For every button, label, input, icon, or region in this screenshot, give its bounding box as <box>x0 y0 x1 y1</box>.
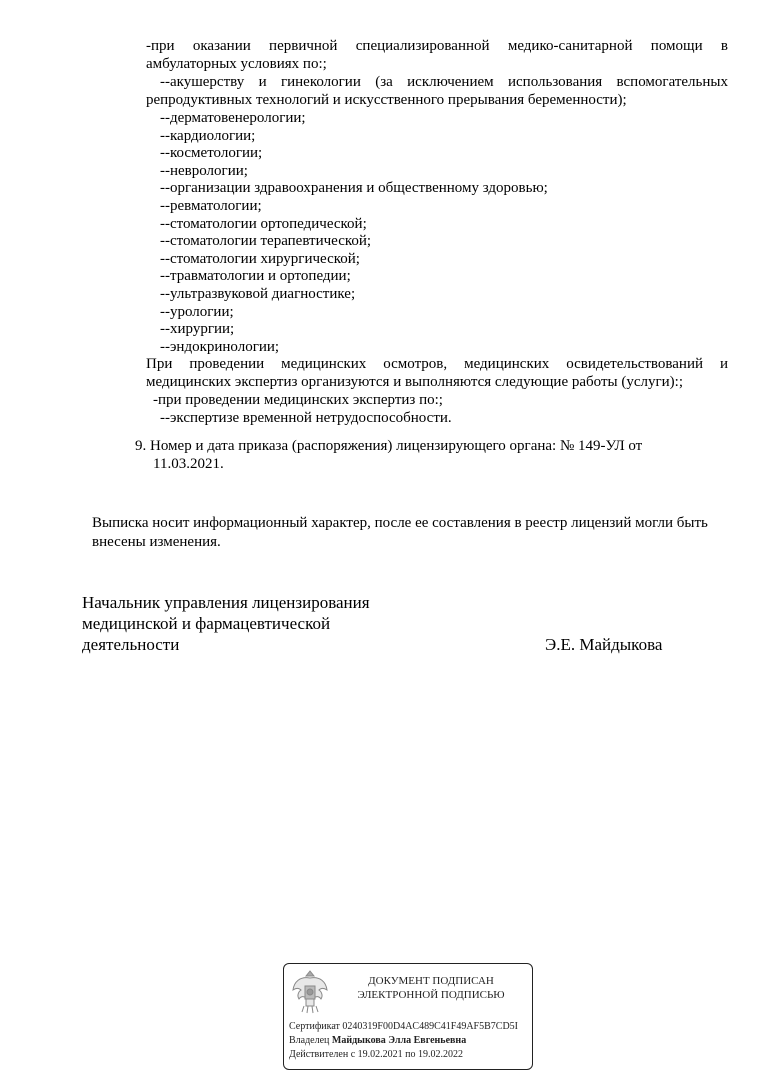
owner-value: Майдыкова Элла Евгеньевна <box>332 1035 466 1046</box>
signer-position-line-1: Начальник управления лицензирования <box>82 593 370 613</box>
signer-name: Э.Е. Майдыкова <box>545 635 662 655</box>
obstetrics-line-1: --акушерству и гинекологии (за исключени… <box>160 73 728 91</box>
electronic-signature-stamp: ДОКУМЕНТ ПОДПИСАН ЭЛЕКТРОННОЙ ПОДПИСЬЮ С… <box>283 963 533 1070</box>
specialty-item: --кардиологии; <box>160 127 255 145</box>
valid-to-label: по <box>405 1049 415 1060</box>
specialty-item: --дерматовенерологии; <box>160 109 306 127</box>
specialty-item: --организации здравоохранения и обществе… <box>160 179 548 197</box>
notice-line-1: Выписка носит информационный характер, п… <box>92 514 708 532</box>
specialty-item: --эндокринологии; <box>160 338 279 356</box>
specialty-item: --ультразвуковой диагностике; <box>160 285 355 303</box>
intro-line-2: амбулаторных условиях по:; <box>146 55 327 73</box>
stamp-title-line-2: ЭЛЕКТРОННОЙ ПОДПИСЬЮ <box>336 988 526 1002</box>
stamp-title: ДОКУМЕНТ ПОДПИСАН ЭЛЕКТРОННОЙ ПОДПИСЬЮ <box>336 974 526 1002</box>
specialty-item: --косметологии; <box>160 144 262 162</box>
specialty-item: --стоматологии хирургической; <box>160 250 360 268</box>
stamp-title-line-1: ДОКУМЕНТ ПОДПИСАН <box>336 974 526 988</box>
specialty-item: --неврологии; <box>160 162 248 180</box>
notice-line-2: внесены изменения. <box>92 533 221 551</box>
specialty-item: --ревматологии; <box>160 197 262 215</box>
order-line-2: 11.03.2021. <box>153 455 224 473</box>
certificate-value: 0240319F00D4AC489C41F49AF5B7CD5I <box>342 1021 518 1032</box>
valid-from: 19.02.2021 <box>358 1049 403 1060</box>
exam-subheading: -при проведении медицинских экспертиз по… <box>153 391 443 409</box>
stamp-owner: Владелец Майдыкова Элла Евгеньевна <box>289 1034 466 1047</box>
signer-position-line-3: деятельности <box>82 635 179 655</box>
specialty-item: --стоматологии терапевтической; <box>160 232 371 250</box>
order-line-1: 9. Номер и дата приказа (распоряжения) л… <box>135 437 642 455</box>
obstetrics-line-2: репродуктивных технологий и искусственно… <box>146 91 627 109</box>
stamp-validity: Действителен с 19.02.2021 по 19.02.2022 <box>289 1048 463 1061</box>
certificate-label: Сертификат <box>289 1021 340 1032</box>
specialty-item: --урологии; <box>160 303 234 321</box>
owner-label: Владелец <box>289 1035 329 1046</box>
valid-label: Действителен с <box>289 1049 355 1060</box>
stamp-certificate: Сертификат 0240319F00D4AC489C41F49AF5B7C… <box>289 1020 518 1033</box>
exam-line-2: медицинских экспертиз организуются и вып… <box>146 373 683 391</box>
russian-coat-of-arms-icon <box>290 968 330 1016</box>
exam-item: --экспертизе временной нетрудоспособност… <box>160 409 452 427</box>
specialty-item: --хирургии; <box>160 320 234 338</box>
specialty-item: --травматологии и ортопедии; <box>160 267 351 285</box>
valid-to: 19.02.2022 <box>418 1049 463 1060</box>
intro-line-1: -при оказании первичной специализированн… <box>146 37 728 55</box>
signer-position-line-2: медицинской и фармацевтической <box>82 614 330 634</box>
specialty-item: --стоматологии ортопедической; <box>160 215 367 233</box>
exam-line-1: При проведении медицинских осмотров, мед… <box>146 355 728 373</box>
